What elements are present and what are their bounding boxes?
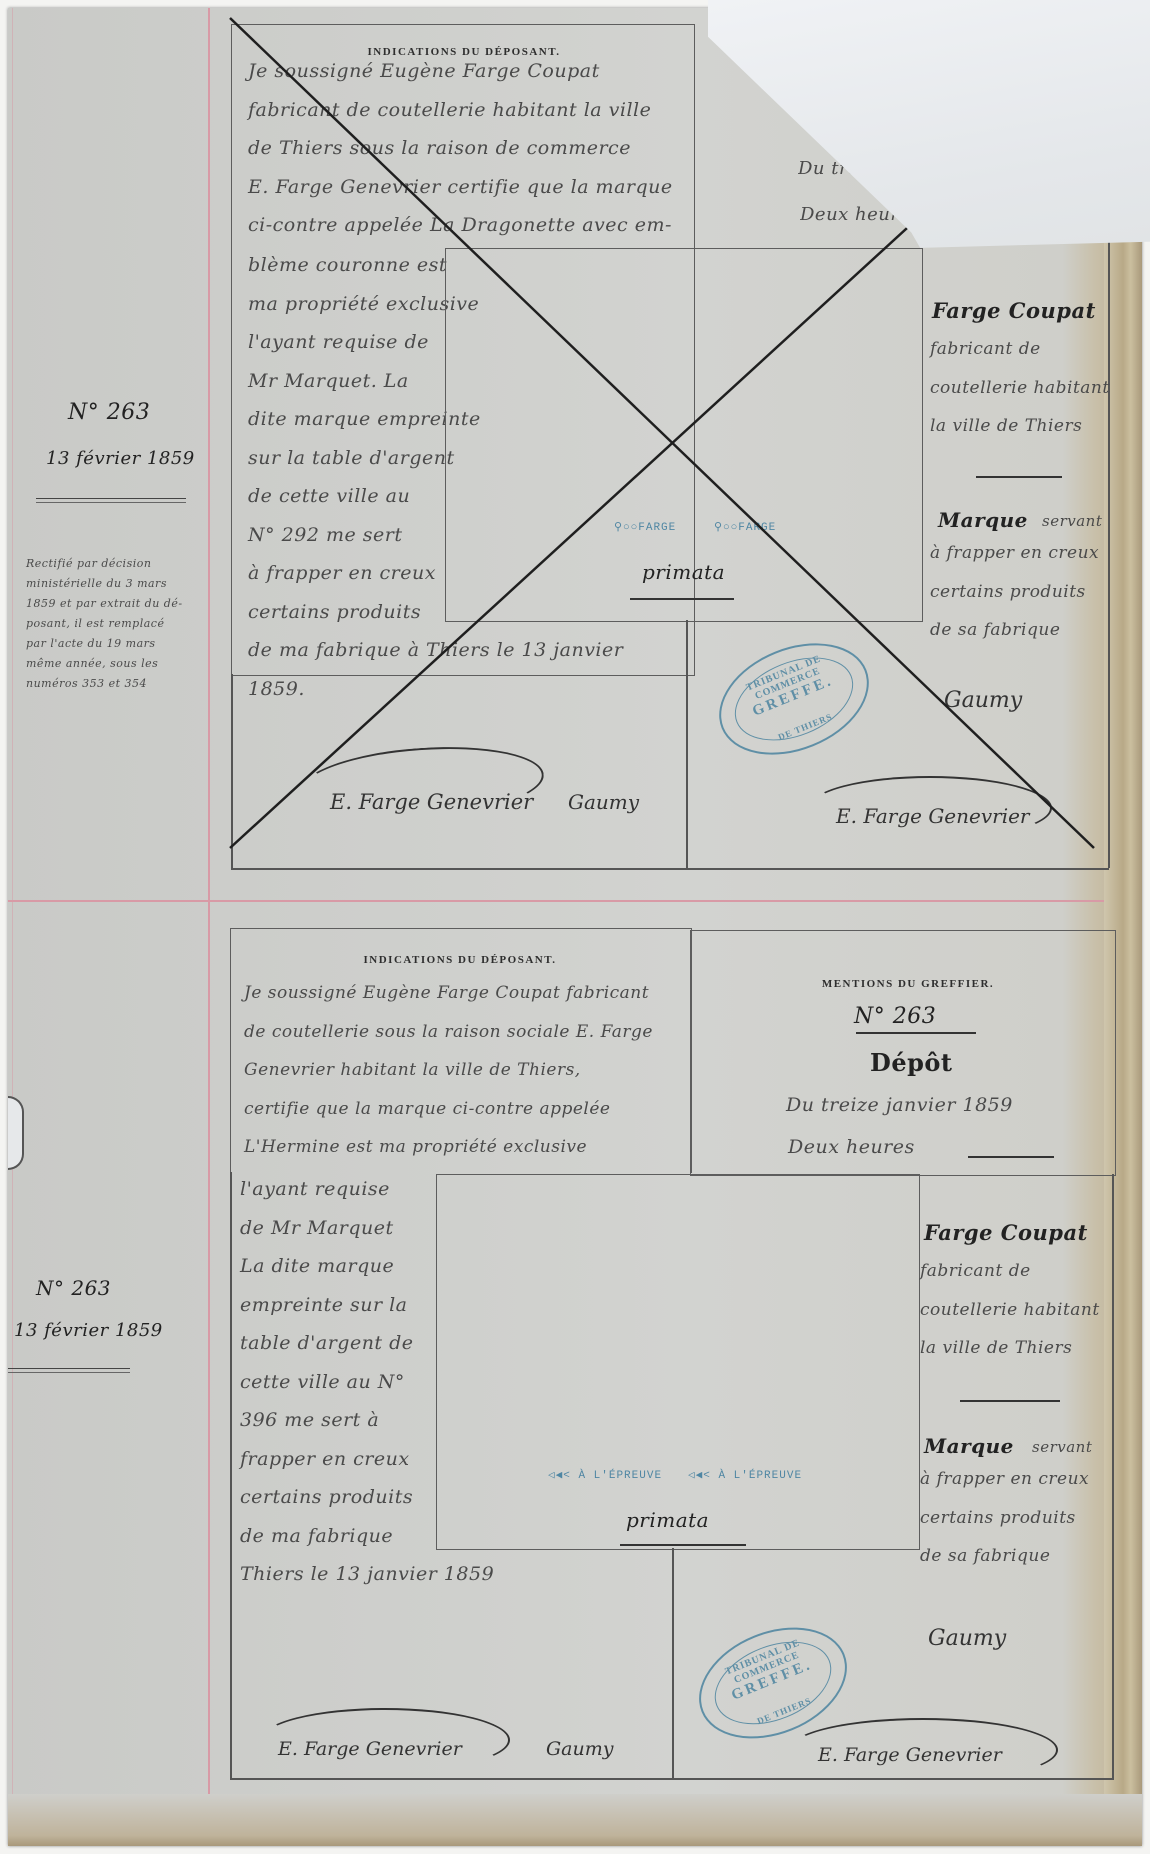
entry-2-greffier-number-underline: [856, 1032, 976, 1034]
margin-line-horizontal: [8, 900, 1104, 902]
entry-2-greffier-heading: MENTIONS DU GREFFIER.: [698, 978, 1118, 990]
entry-2-left-border: [230, 1172, 232, 1778]
entry-2-depositor-desc: fabricant de coutellerie habitant la vil…: [920, 1252, 1100, 1368]
entry-2-greffier-signature: Gaumy: [928, 1626, 1006, 1651]
entry-2-deposant-signature: E. Farge Genevrier: [278, 1738, 462, 1760]
entry-2-mark-label: primata: [626, 1508, 709, 1532]
entry-2-greffier-rule-1: [968, 1156, 1054, 1158]
entry-2-mark-stamp-1: ◁◀< À L'ÉPREUVE: [548, 1468, 662, 1482]
entry-2-greffier-date: Du treize janvier 1859: [786, 1094, 1013, 1116]
entry-2-greffier-time: Deux heures: [788, 1136, 915, 1158]
entry-2-greffier-rule-2: [960, 1400, 1060, 1402]
entry-2-column-divider: [672, 1548, 674, 1778]
entry-2-heading: INDICATIONS DU DÉPOSANT.: [230, 954, 690, 966]
entry-2-mark-desc-first: servant: [1032, 1438, 1092, 1456]
register-page: N° 263 13 février 1859 Rectifié par déci…: [8, 8, 1142, 1846]
entry-2-right-border: [1112, 1174, 1114, 1778]
entry-2-margin-rule: [8, 1368, 130, 1373]
entry-2-mark-heading: Marque: [924, 1434, 1014, 1458]
entry-2-greffier-signature-bottom: Gaumy: [546, 1738, 614, 1760]
entry-2-margin-number: N° 263: [36, 1276, 111, 1300]
entry-2-mark-desc: à frapper en creux certains produits de …: [920, 1460, 1089, 1576]
binding-hole: [8, 1096, 24, 1170]
entry-2-deposant-text: Je soussigné Eugène Farge Coupat fabrica…: [244, 974, 653, 1167]
entry-2-right-signature: E. Farge Genevrier: [818, 1744, 1002, 1766]
entry-2-mark-box: [436, 1174, 920, 1550]
entry-2-greffier-title: Dépôt: [870, 1048, 952, 1077]
entry-2-greffier-number: N° 263: [854, 1004, 936, 1029]
entry-2-mark-stamp-2: ◁◀< À L'ÉPREUVE: [688, 1468, 802, 1482]
page-bottom-edge: [8, 1794, 1142, 1846]
entry-2-mark-underline: [620, 1544, 746, 1546]
entry-2-margin-date: 13 février 1859: [14, 1320, 163, 1341]
entry-2-depositor-name: Farge Coupat: [924, 1220, 1088, 1245]
